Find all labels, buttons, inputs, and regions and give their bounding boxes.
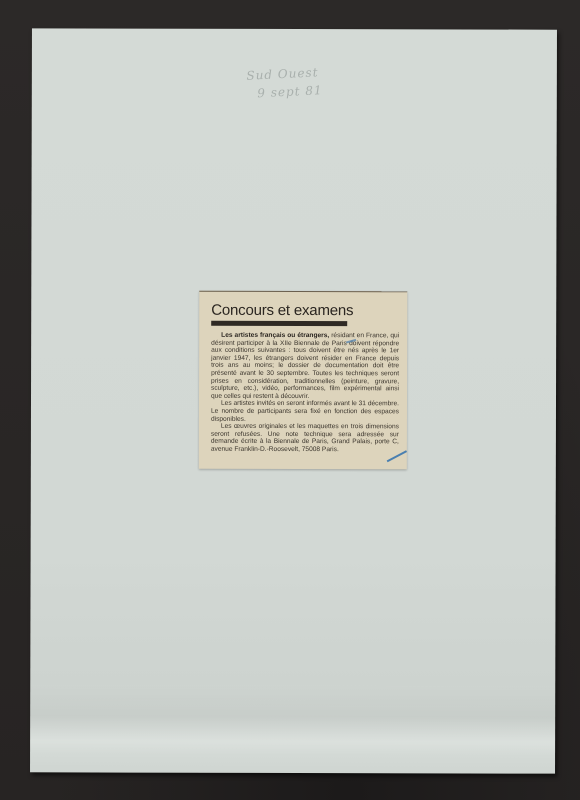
paragraph-text: Les œuvres originales et les maquettes e… <box>211 423 399 453</box>
paragraph-text: Les artistes invités en seront informés … <box>211 400 399 422</box>
pencil-annotation: Sud Ouest 9 sept 81 <box>246 63 323 103</box>
clipping-headline: Concours et examens <box>211 302 353 319</box>
pencil-date: 9 sept 81 <box>247 81 323 103</box>
clipping-paragraph: Les artistes invités en seront informés … <box>211 400 399 423</box>
headline-rule <box>211 321 347 326</box>
archive-sheet: Sud Ouest 9 sept 81 Concours et examens … <box>30 28 557 773</box>
clipping-paragraph: Les artistes français ou étrangers, rési… <box>211 332 399 401</box>
clipping-paragraph: Les œuvres originales et les maquettes e… <box>211 423 399 454</box>
paragraph-text: résidant en France, qui désirent partici… <box>211 332 399 400</box>
newspaper-clipping: Concours et examens Les artistes françai… <box>199 291 407 470</box>
clipping-body: Les artistes français ou étrangers, rési… <box>211 332 399 454</box>
paragraph-lead: Les artistes français ou étrangers, <box>221 332 329 339</box>
